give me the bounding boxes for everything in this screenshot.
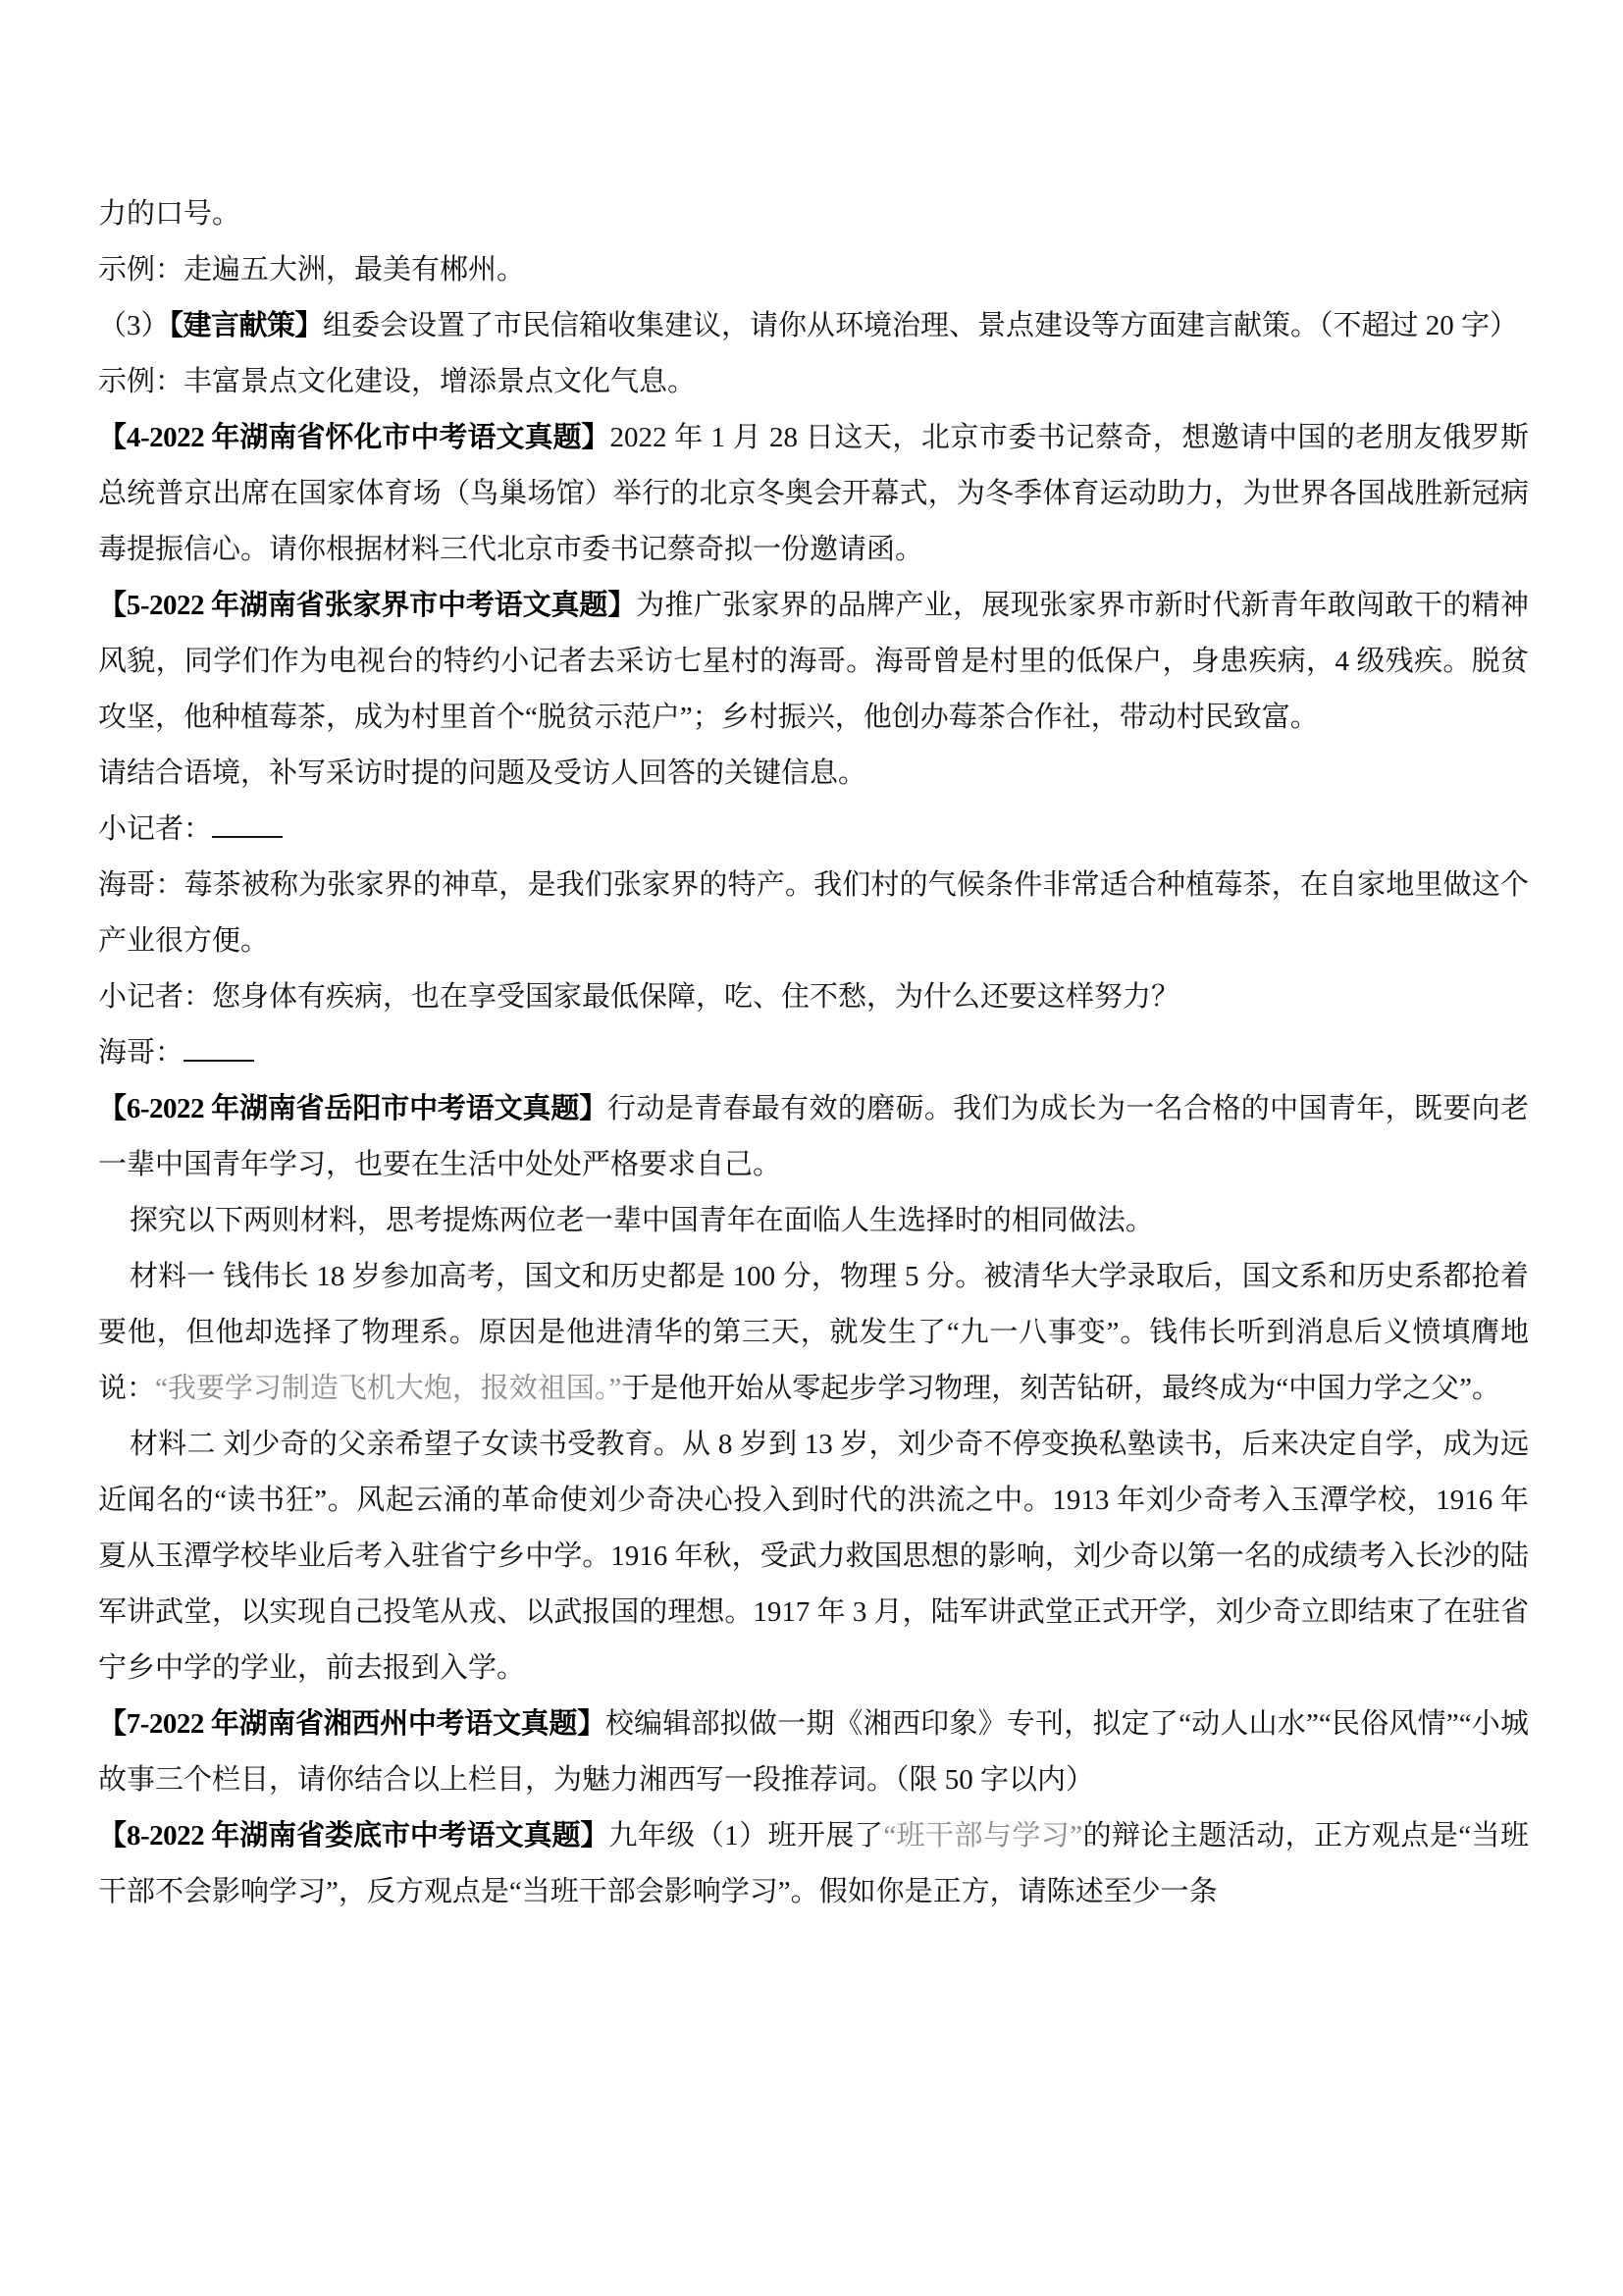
question-heading: 【8-2022 年湖南省娄底市中考语文真题】 <box>98 1820 608 1852</box>
text-run: 材料二 刘少奇的父亲希望子女读书受教育。从 8 岁到 13 岁，刘少奇不停变换私… <box>98 1429 1529 1684</box>
text-run: 小记者：您身体有疾病，也在享受国家最低保障，吃、住不愁，为什么还要这样努力？ <box>98 981 1179 1013</box>
paragraph: （3）【建言献策】组委会设置了市民信箱收集建议，请你从环境治理、景点建设等方面建… <box>98 298 1529 354</box>
paragraph: 材料二 刘少奇的父亲希望子女读书受教育。从 8 岁到 13 岁，刘少奇不停变换私… <box>98 1417 1529 1696</box>
paragraph: 请结合语境，补写采访时提的问题及受访人回答的关键信息。 <box>98 746 1529 802</box>
paragraph: 示例：丰富景点文化建设，增添景点文化气息。 <box>98 354 1529 410</box>
text-run: 力的口号。 <box>98 198 240 230</box>
text-run: 九年级（1）班开展了 <box>608 1820 883 1852</box>
text-run: 请结合语境，补写采访时提的问题及受访人回答的关键信息。 <box>98 757 866 789</box>
text-run: 于是他开始从零起步学习物理，刻苦钻研，最终成为“中国力学之父”。 <box>621 1373 1500 1404</box>
paragraph: 小记者：您身体有疾病，也在享受国家最低保障，吃、住不愁，为什么还要这样努力？ <box>98 969 1529 1025</box>
answer-blank <box>212 810 283 838</box>
paragraph: 【7-2022 年湖南省湘西州中考语文真题】校编辑部拟做一期《湘西印象》专刊，拟… <box>98 1696 1529 1808</box>
question-heading: 【5-2022 年湖南省张家界市中考语文真题】 <box>98 590 636 621</box>
text-run: 小记者： <box>98 813 212 845</box>
text-run: （3） <box>98 310 170 341</box>
text-run: 组委会设置了市民信箱收集建议，请你从环境治理、景点建设等方面建言献策。（不超过 … <box>323 310 1518 341</box>
text-run: 探究以下两则材料，思考提炼两位老一辈中国青年在面临人生选择时的相同做法。 <box>130 1205 1154 1236</box>
paragraph: 海哥：莓茶被称为张家界的神草，是我们张家界的特产。我们村的气候条件非常适合种植莓… <box>98 858 1529 969</box>
text-run: 海哥： <box>98 1037 183 1069</box>
question-heading: 【4-2022 年湖南省怀化市中考语文真题】 <box>98 422 610 453</box>
paragraph: 【8-2022 年湖南省娄底市中考语文真题】九年级（1）班开展了“班干部与学习”… <box>98 1808 1529 1920</box>
paragraph: 海哥： <box>98 1025 1529 1081</box>
paragraph: 【4-2022 年湖南省怀化市中考语文真题】2022 年 1 月 28 日这天，… <box>98 410 1529 578</box>
paragraph: 力的口号。 <box>98 186 1529 242</box>
paragraph: 【5-2022 年湖南省张家界市中考语文真题】为推广张家界的品牌产业，展现张家界… <box>98 578 1529 746</box>
document-body: 力的口号。示例：走遍五大洲，最美有郴州。（3）【建言献策】组委会设置了市民信箱收… <box>98 186 1529 1920</box>
paragraph: 【6-2022 年湖南省岳阳市中考语文真题】行动是青春最有效的磨砺。我们为成长为… <box>98 1081 1529 1193</box>
question-heading: 【6-2022 年湖南省岳阳市中考语文真题】 <box>98 1093 607 1124</box>
text-run: 示例：丰富景点文化建设，增添景点文化气息。 <box>98 366 696 397</box>
paragraph: 示例：走遍五大洲，最美有郴州。 <box>98 242 1529 298</box>
document-page: 力的口号。示例：走遍五大洲，最美有郴州。（3）【建言献策】组委会设置了市民信箱收… <box>0 0 1623 2296</box>
quoted-text: “我要学习制造飞机大炮，报效祖国。” <box>155 1373 621 1404</box>
paragraph: 材料一 钱伟长 18 岁参加高考，国文和历史都是 100 分，物理 5 分。被清… <box>98 1249 1529 1417</box>
text-run: 示例：走遍五大洲，最美有郴州。 <box>98 254 525 286</box>
text-run: 海哥：莓茶被称为张家界的神草，是我们张家界的特产。我们村的气候条件非常适合种植莓… <box>98 869 1529 957</box>
answer-blank <box>183 1034 254 1062</box>
paragraph: 小记者： <box>98 802 1529 858</box>
question-heading: 【7-2022 年湖南省湘西州中考语文真题】 <box>98 1708 605 1740</box>
paragraph: 探究以下两则材料，思考提炼两位老一辈中国青年在面临人生选择时的相同做法。 <box>98 1193 1529 1249</box>
question-heading: 【建言献策】 <box>170 310 324 341</box>
quoted-text: “班干部与学习” <box>883 1820 1082 1852</box>
